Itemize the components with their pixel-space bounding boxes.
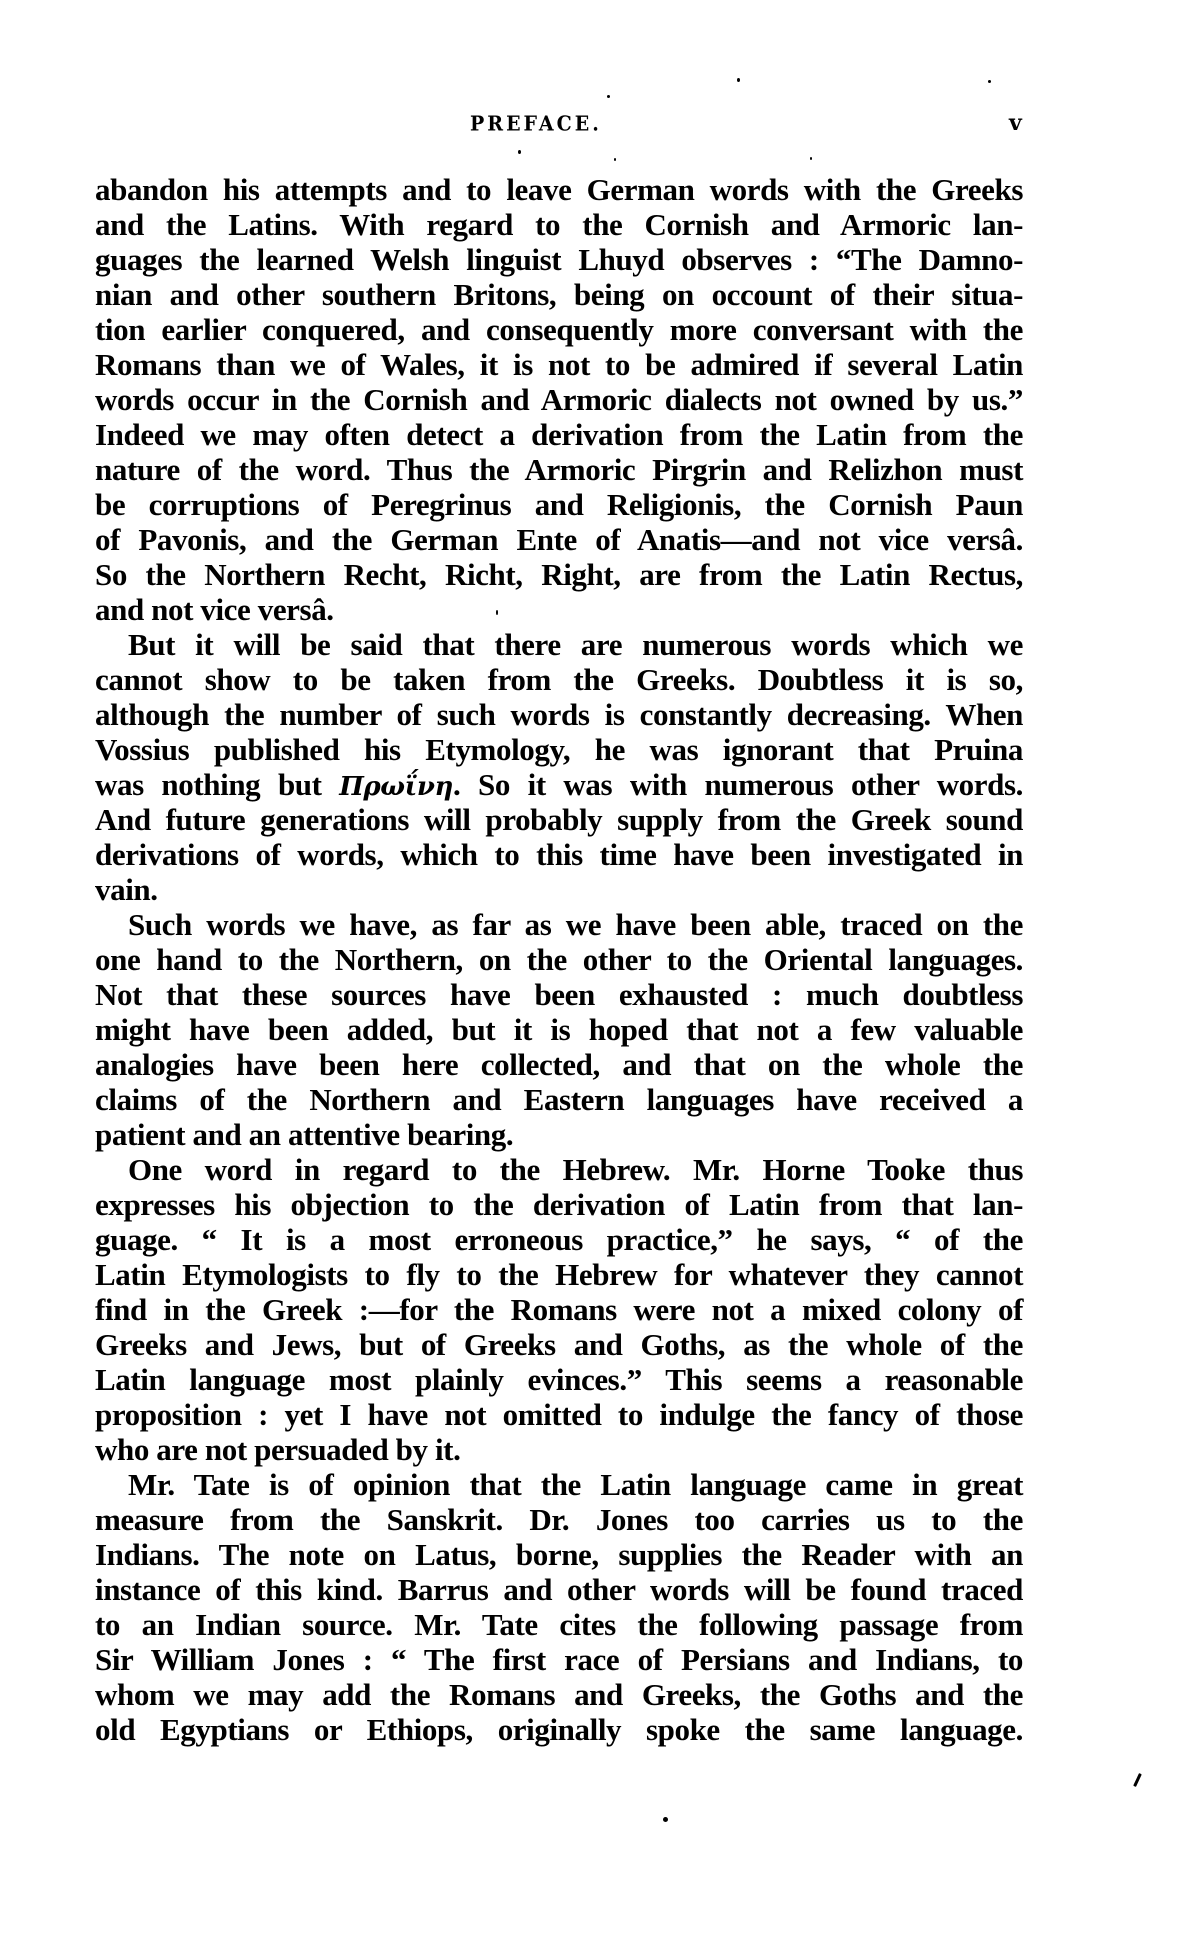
text-line: proposition : yet I have not omitted to …: [95, 1397, 1023, 1432]
text-line: One word in regard to the Hebrew. Mr. Ho…: [95, 1152, 1023, 1187]
body-text: abandon his attempts and to leave German…: [95, 172, 1023, 1747]
text-line: Sir William Jones : “ The first race of …: [95, 1642, 1023, 1677]
text-line: old Egyptians or Ethiops, originally spo…: [95, 1712, 1023, 1747]
text-line: Indians. The note on Latus, borne, suppl…: [95, 1537, 1023, 1572]
text-line: was nothing but Πρωΐνη. So it was with n…: [95, 767, 1023, 802]
text-line: of Pavonis, and the German Ente of Anati…: [95, 522, 1023, 557]
text-line: Latin language most plainly evinces.” Th…: [95, 1362, 1023, 1397]
text-line: vain.: [95, 872, 1023, 907]
text-line: Indeed we may often detect a derivation …: [95, 417, 1023, 452]
text-line: words occur in the Cornish and Armoric d…: [95, 382, 1023, 417]
text-line: guages the learned Welsh linguist Lhuyd …: [95, 242, 1023, 277]
text-line: although the number of such words is con…: [95, 697, 1023, 732]
text-line: abandon his attempts and to leave German…: [95, 172, 1023, 207]
text-line: guage. “ It is a most erroneous practice…: [95, 1222, 1023, 1257]
text-line: patient and an attentive bearing.: [95, 1117, 1023, 1152]
text-line: But it will be said that there are numer…: [95, 627, 1023, 662]
greek-word: Πρωΐνη: [339, 772, 453, 802]
paragraph: Such words we have, as far as we have be…: [95, 907, 1023, 1152]
scan-speck: [1133, 1773, 1142, 1787]
text-line: cannot show to be taken from the Greeks.…: [95, 662, 1023, 697]
text-line: tion earlier conquered, and consequently…: [95, 312, 1023, 347]
running-title: PREFACE.: [470, 112, 630, 136]
text-line: Vossius published his Etymology, he was …: [95, 732, 1023, 767]
scan-speck: [607, 95, 610, 98]
text-line: might have been added, but it is hoped t…: [95, 1012, 1023, 1047]
text-line: whom we may add the Romans and Greeks, t…: [95, 1677, 1023, 1712]
text-line: to an Indian source. Mr. Tate cites the …: [95, 1607, 1023, 1642]
text-line: instance of this kind. Barrus and other …: [95, 1572, 1023, 1607]
text-line: Such words we have, as far as we have be…: [95, 907, 1023, 942]
paragraph: One word in regard to the Hebrew. Mr. Ho…: [95, 1152, 1023, 1467]
text-line: nian and other southern Britons, being o…: [95, 277, 1023, 312]
text-line: So the Northern Recht, Richt, Right, are…: [95, 557, 1023, 592]
text-line: derivations of words, which to this time…: [95, 837, 1023, 872]
text-line: and not vice versâ.: [95, 592, 1023, 627]
text-line: Latin Etymologists to fly to the Hebrew …: [95, 1257, 1023, 1292]
text-line: who are not persuaded by it.: [95, 1432, 1023, 1467]
page-number: v: [1009, 110, 1022, 136]
text-line: be corruptions of Peregrinus and Religio…: [95, 487, 1023, 522]
text-line: analogies have been here collected, and …: [95, 1047, 1023, 1082]
text-line: Romans than we of Wales, it is not to be…: [95, 347, 1023, 382]
text-line: claims of the Northern and Eastern langu…: [95, 1082, 1023, 1117]
text-line: and the Latins. With regard to the Corni…: [95, 207, 1023, 242]
scan-speck: [614, 158, 616, 161]
text-line: measure from the Sanskrit. Dr. Jones too…: [95, 1502, 1023, 1537]
scan-speck: [737, 78, 740, 82]
scan-speck: [810, 157, 812, 160]
text-line: one hand to the Northern, on the other t…: [95, 942, 1023, 977]
text-line: find in the Greek :—for the Romans were …: [95, 1292, 1023, 1327]
book-page: PREFACE. v abandon his attempts and to l…: [0, 0, 1200, 1955]
text-line: Not that these sources have been exhaust…: [95, 977, 1023, 1012]
scan-speck: [663, 1817, 668, 1822]
scan-speck: [518, 150, 521, 154]
paragraph: But it will be said that there are numer…: [95, 627, 1023, 907]
paragraph: Mr. Tate is of opinion that the Latin la…: [95, 1467, 1023, 1747]
text-line: Mr. Tate is of opinion that the Latin la…: [95, 1467, 1023, 1502]
paragraph: abandon his attempts and to leave German…: [95, 172, 1023, 627]
text-line: nature of the word. Thus the Armoric Pir…: [95, 452, 1023, 487]
text-line: expresses his objection to the derivatio…: [95, 1187, 1023, 1222]
text-line: Greeks and Jews, but of Greeks and Goths…: [95, 1327, 1023, 1362]
scan-speck: [988, 80, 991, 83]
text-line: And future generations will probably sup…: [95, 802, 1023, 837]
scan-speck: [496, 610, 498, 615]
